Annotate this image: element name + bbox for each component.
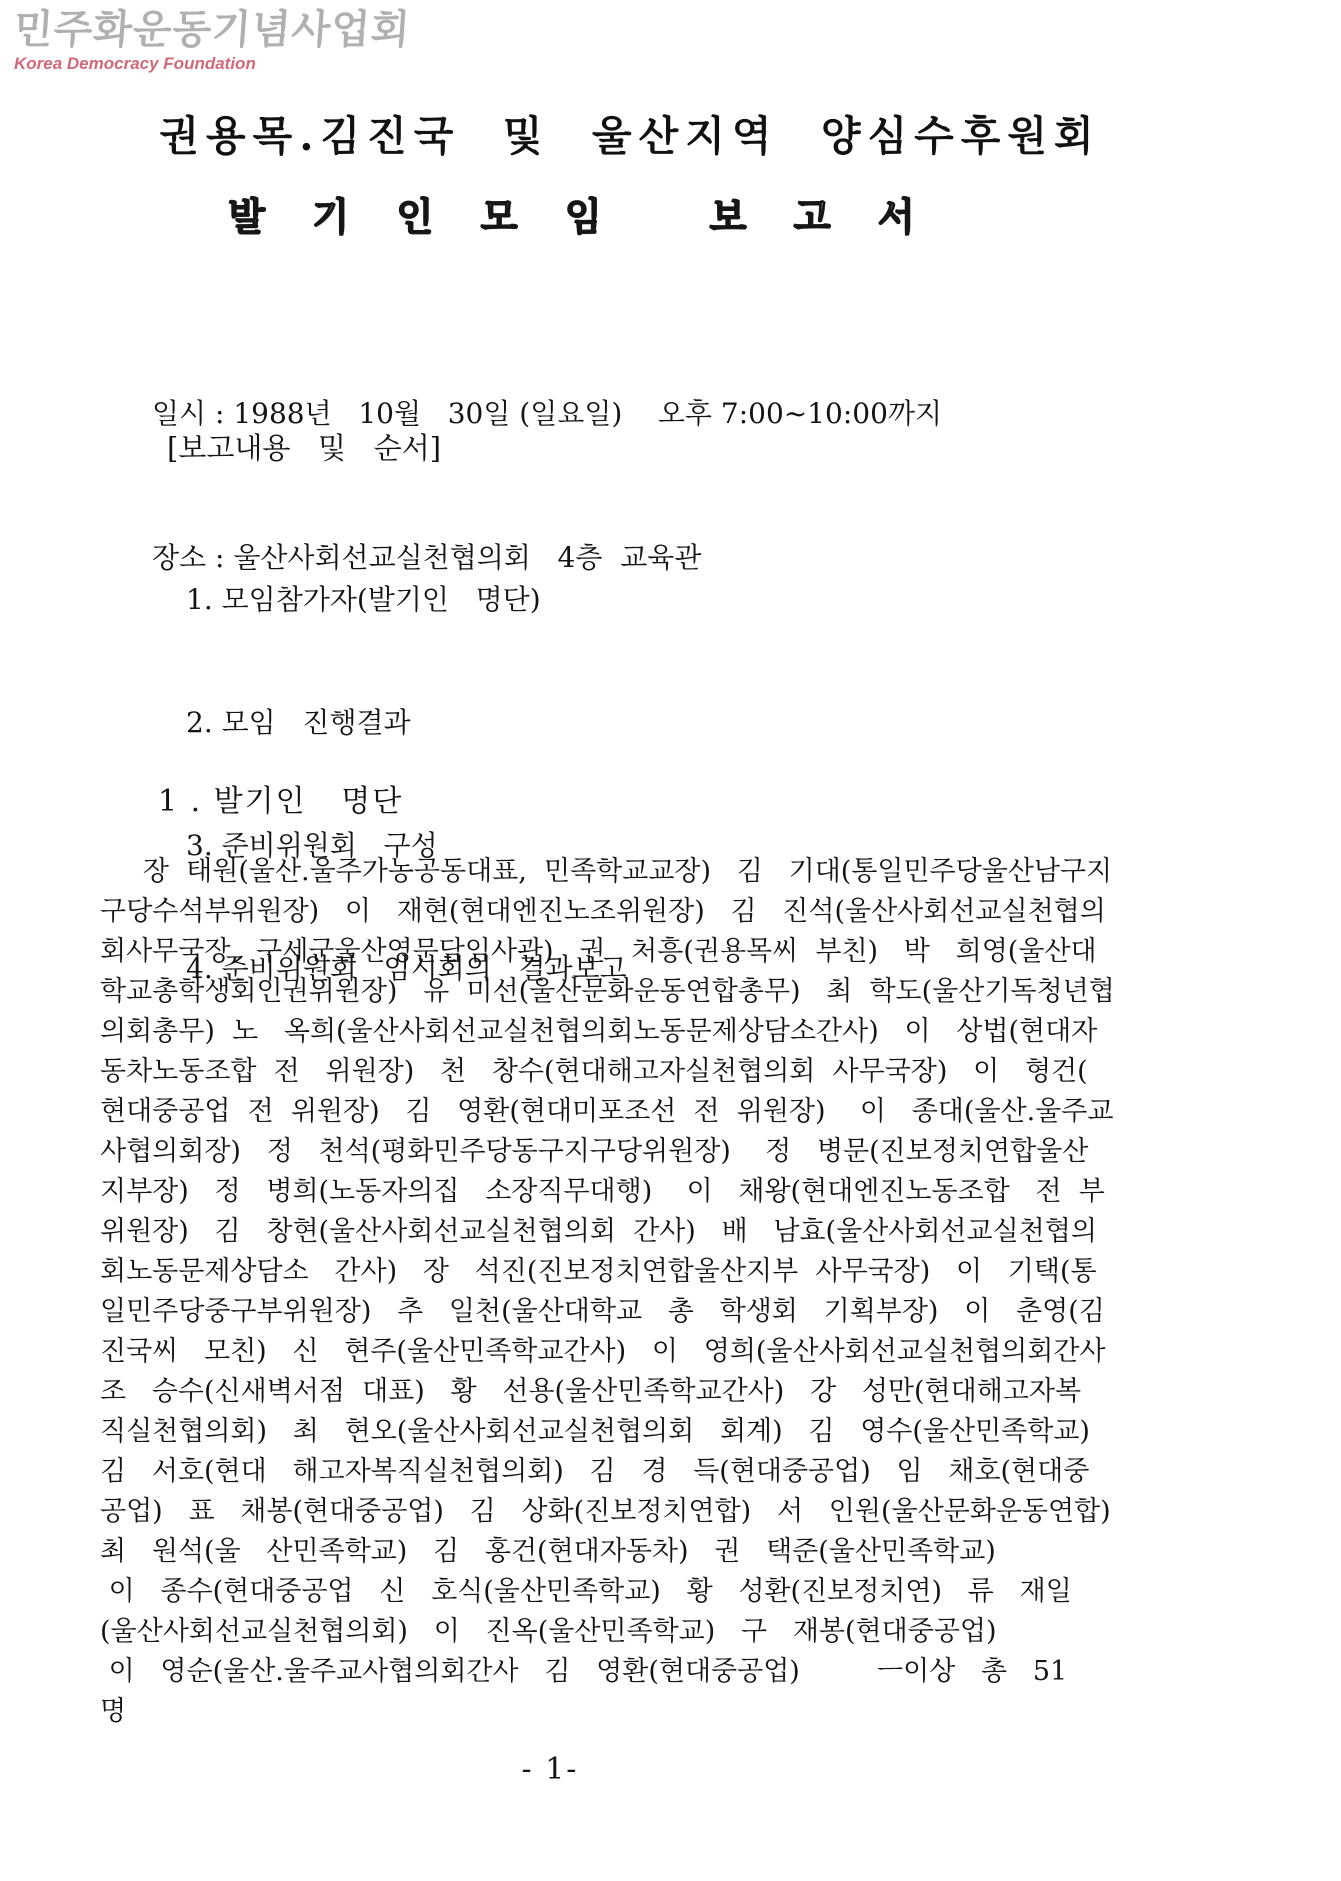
roster-line: 김 서호(현대 해고자복직실천협의회) 김 경 득(현대중공업) 임 채호(현대… bbox=[100, 1452, 1260, 1492]
roster-line: 지부장) 정 병희(노동자의집 소장직무대행) 이 채왕(현대엔진노동조합 전 … bbox=[100, 1172, 1260, 1212]
roster-line: 최 원석(울 산민족학교) 김 홍건(현대자동차) 권 택준(울산민족학교) bbox=[100, 1532, 1260, 1572]
document-subtitle: 발 기 인 모 임 보 고 서 bbox=[0, 186, 1160, 241]
roster-line: 조 승수(신새벽서점 대표) 황 선용(울산민족학교간사) 강 성만(현대해고자… bbox=[100, 1372, 1260, 1412]
contents-item: 2. 모임 진행결과 bbox=[186, 702, 627, 743]
roster-line: 회노동문제상담소 간사) 장 석진(진보정치연합울산지부 사무국장) 이 기택(… bbox=[100, 1252, 1260, 1292]
roster-line: 공업) 표 채봉(현대중공업) 김 상화(진보정치연합) 서 인원(울산문화운동… bbox=[100, 1492, 1260, 1532]
kdf-logo-english-name: Korea Democracy Foundation bbox=[14, 54, 410, 74]
document-title: 권용목.김진국 및 울산지역 양심수후원회 bbox=[0, 103, 1260, 162]
roster-line: 회사무국장, 구세군울산영문담임사관) 권 처흥(권용목씨 부친) 박 희영(울… bbox=[100, 932, 1260, 972]
report-contents-header: [보고내용 및 순서] bbox=[167, 426, 441, 467]
scanned-document-page: 민주화운동기념사업회 Korea Democracy Foundation 권용… bbox=[0, 0, 1341, 1881]
roster-line: 이 영순(울산.울주교사협의회간사 김 영환(현대중공업) ㅡ이상 총 51 bbox=[100, 1652, 1260, 1692]
roster-line: 일민주당중구부위원장) 추 일천(울산대학교 총 학생회 기획부장) 이 춘영(… bbox=[100, 1292, 1260, 1332]
roster-line: 현대중공업 전 위원장) 김 영환(현대미포조선 전 위원장) 이 종대(울산.… bbox=[100, 1092, 1260, 1132]
roster-line: 동차노동조합 전 위원장) 천 창수(현대해고자실천협의회 사무국장) 이 형건… bbox=[100, 1052, 1260, 1092]
founders-name-roster: 장 태원(울산.울주가농공동대표, 민족학교교장) 김 기대(통일민주당울산남구… bbox=[100, 852, 1260, 1732]
roster-line: 구당수석부위원장) 이 재현(현대엔진노조위원장) 김 진석(울산사회선교실천협… bbox=[100, 892, 1260, 932]
roster-line: (울산사회선교실천협의회) 이 진옥(울산민족학교) 구 재봉(현대중공업) bbox=[100, 1612, 1260, 1652]
roster-line: 명 bbox=[100, 1692, 1260, 1732]
roster-line: 위원장) 김 창현(울산사회선교실천협의회 간사) 배 남효(울산사회선교실천협… bbox=[100, 1212, 1260, 1252]
roster-line: 직실천협의회) 최 현오(울산사회선교실천협의회 회계) 김 영수(울산민족학교… bbox=[100, 1412, 1260, 1452]
contents-item: 1. 모임참가자(발기인 명단) bbox=[186, 579, 627, 620]
roster-line: 사협의회장) 정 천석(평화민주당동구지구당위원장) 정 병문(진보정치연합울산 bbox=[100, 1132, 1260, 1172]
roster-line: 의회총무) 노 옥희(울산사회선교실천협의회노동문제상담소간사) 이 상법(현대… bbox=[100, 1012, 1260, 1052]
page-number: - 1- bbox=[0, 1752, 1100, 1787]
roster-line: 학교총학생회인권위원장) 유 미선(울산문화운동연합총무) 최 학도(울산기독청… bbox=[100, 972, 1260, 1012]
section-1-heading: 1 . 발기인 명단 bbox=[158, 776, 403, 820]
kdf-logo: 민주화운동기념사업회 Korea Democracy Foundation bbox=[14, 8, 410, 74]
kdf-logo-korean-calligraphy: 민주화운동기념사업회 bbox=[12, 8, 411, 52]
roster-line: 진국씨 모친) 신 현주(울산민족학교간사) 이 영희(울산사회선교실천협의회간… bbox=[100, 1332, 1260, 1372]
roster-line: 이 종수(현대중공업 신 호식(울산민족학교) 황 성환(진보정치연) 류 재일 bbox=[100, 1572, 1260, 1612]
roster-line: 장 태원(울산.울주가농공동대표, 민족학교교장) 김 기대(통일민주당울산남구… bbox=[100, 852, 1260, 892]
